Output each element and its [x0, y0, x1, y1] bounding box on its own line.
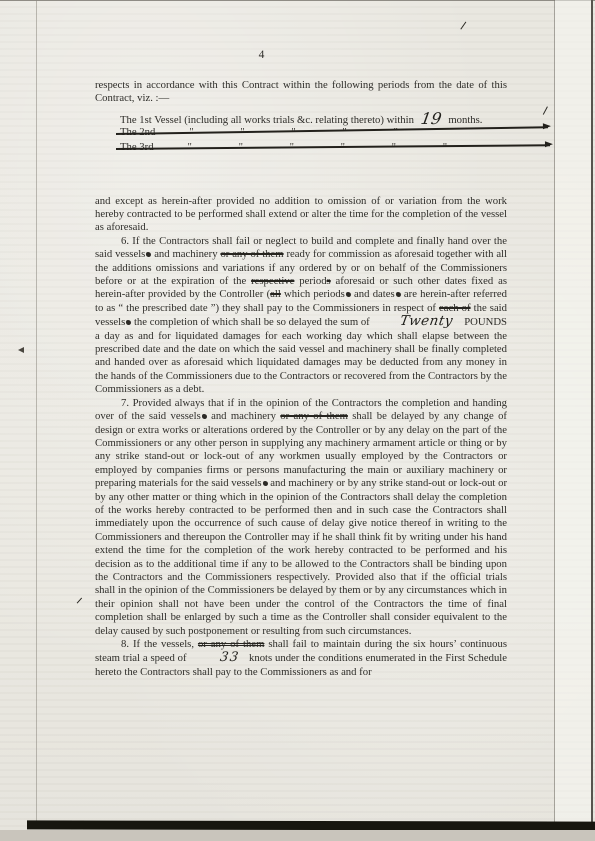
- scan-below-bar-area: [0, 830, 595, 841]
- struck-text: respective: [251, 275, 294, 287]
- schedule-1st-text: The 1st Vessel (including all works tria…: [120, 114, 414, 126]
- pen-tick-mark: [460, 22, 466, 30]
- scan-right-fold-line: [554, 0, 555, 826]
- handwritten-pounds-value: Twenty: [373, 315, 454, 328]
- handwritten-months-value: 19: [420, 112, 442, 125]
- para7-text: and machinery or by any strike stand-out…: [95, 477, 507, 636]
- scan-top-edge: [0, 0, 595, 1]
- paragraph-6: 6. If the Contractors shall fail or negl…: [95, 235, 507, 397]
- pen-tick-mark: [543, 106, 548, 115]
- intro-paragraph: respects in accordance with this Contrac…: [95, 79, 507, 106]
- paragraph-7: 7. Provided always that if in the opinio…: [95, 397, 507, 638]
- para6-text: and machinery: [151, 248, 220, 260]
- para8-text: 8. If the vessels,: [121, 638, 198, 650]
- struck-text: or any of them: [220, 248, 283, 260]
- para6-text: the completion of which shall be so dela…: [131, 316, 369, 328]
- strike-arrowhead-icon: [543, 124, 551, 130]
- para6-text: and dates: [351, 288, 395, 300]
- struck-text: or any of them: [280, 410, 348, 422]
- scanned-contract-page: 4 respects in accordance with this Contr…: [0, 0, 595, 841]
- contract-text-block: respects in accordance with this Contrac…: [95, 79, 507, 679]
- handwritten-knots-value: 33: [193, 651, 241, 664]
- scan-right-edge: [591, 0, 593, 841]
- pen-tick-mark: [77, 598, 83, 604]
- schedule-item-2nd-vessel: The 2nd" " " " ": [120, 126, 507, 141]
- delivery-schedule: The 1st Vessel (including all works tria…: [95, 112, 507, 156]
- strike-arrowhead-icon: [545, 142, 553, 148]
- schedule-item-3rd-vessel: The 3rd" " " " " ": [120, 141, 507, 156]
- para6-text: which periods: [281, 288, 345, 300]
- schedule-1st-suffix: months.: [448, 114, 482, 126]
- scan-right-margin: [555, 0, 591, 826]
- para7-text: and machinery: [207, 410, 281, 422]
- struck-text: or any of them: [198, 638, 264, 650]
- paragraph-8: 8. If the vessels, or any of them shall …: [95, 638, 507, 679]
- para6-text: period: [294, 275, 326, 287]
- margin-arrow-mark: [18, 347, 24, 353]
- page-number: 4: [250, 49, 274, 61]
- struck-text: all: [270, 288, 281, 300]
- schedule-item-1st-vessel: The 1st Vessel (including all works tria…: [120, 112, 507, 127]
- scan-left-fold-line: [36, 0, 37, 826]
- paragraph-5-continuation: and except as herein-after provided no a…: [95, 195, 507, 235]
